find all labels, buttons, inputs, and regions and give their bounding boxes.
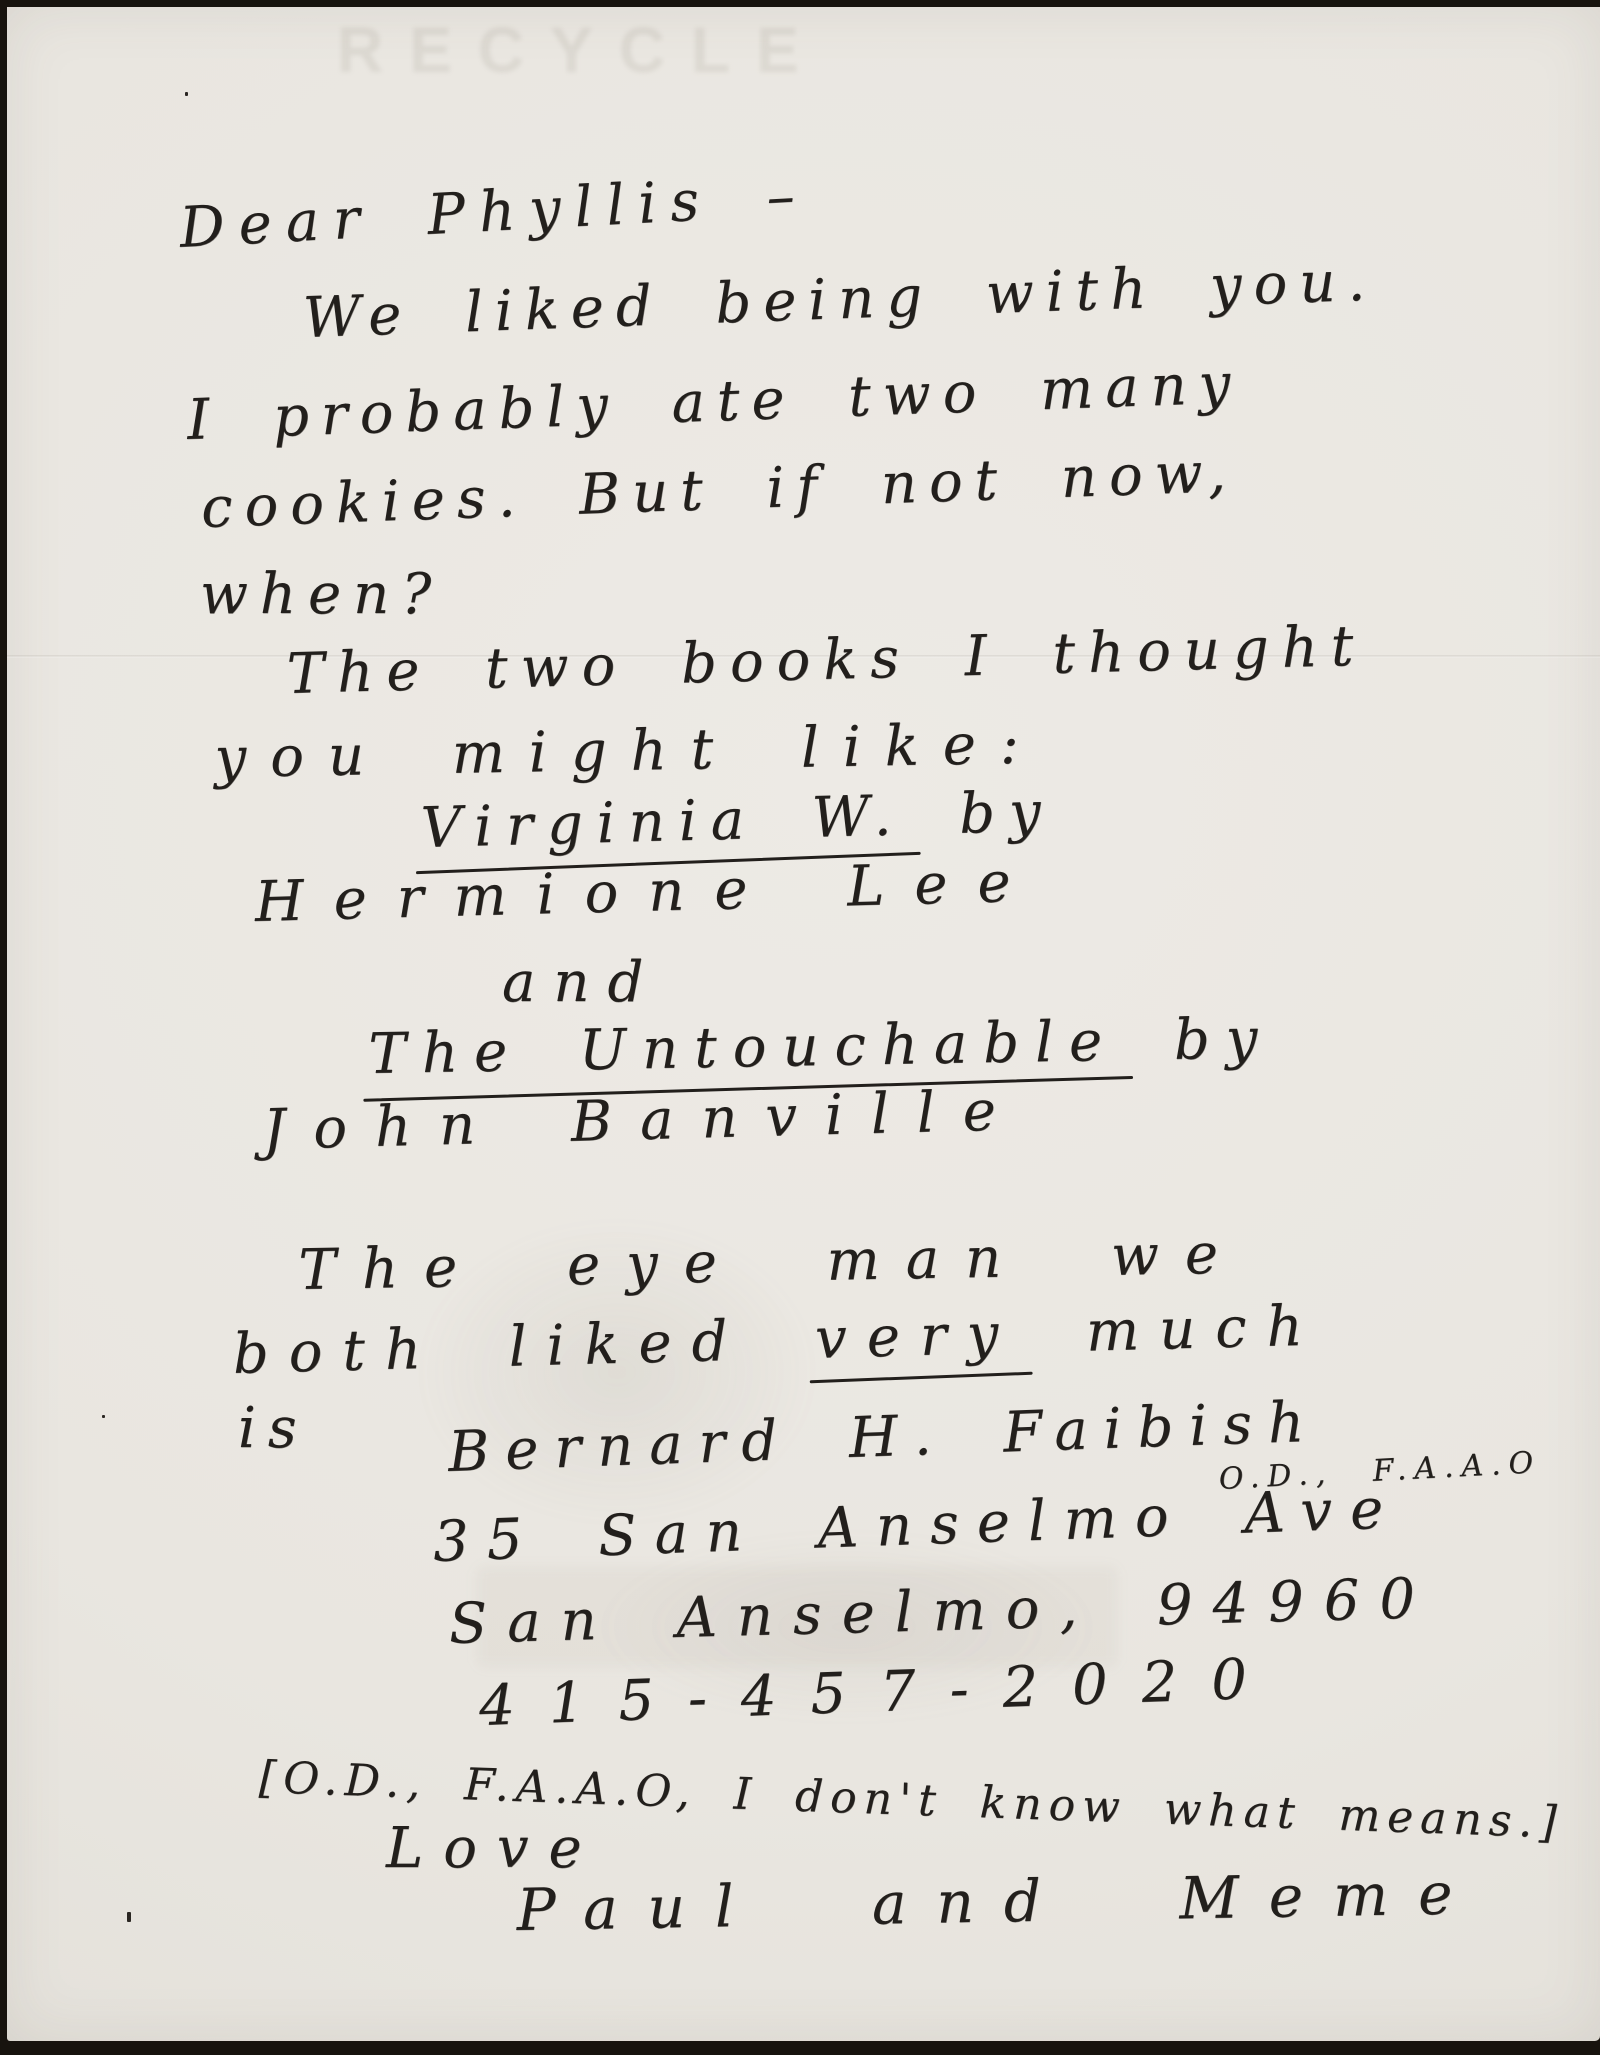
conjunction-line: and [502, 950, 661, 1015]
body-text: much [1017, 1293, 1323, 1366]
book-title-by: by [904, 779, 1055, 848]
paper-speck [185, 92, 188, 96]
book-title-underlined: Virginia W. [420, 783, 906, 861]
paper-speck [102, 1415, 105, 1418]
body-line: is [238, 1396, 309, 1461]
book-title-by: by [1118, 1006, 1274, 1074]
bleed-through-ghost-text: RECYCLE [337, 13, 825, 87]
emphasized-word: very [814, 1301, 1019, 1371]
book-title-underlined: The Untouchable [368, 1009, 1119, 1087]
scan-background: { "document_type": "handwritten letter (… [0, 0, 1600, 2055]
paper-speck [127, 1912, 131, 1922]
body-line: when? [200, 562, 443, 627]
closing-line: Love [386, 1816, 602, 1881]
